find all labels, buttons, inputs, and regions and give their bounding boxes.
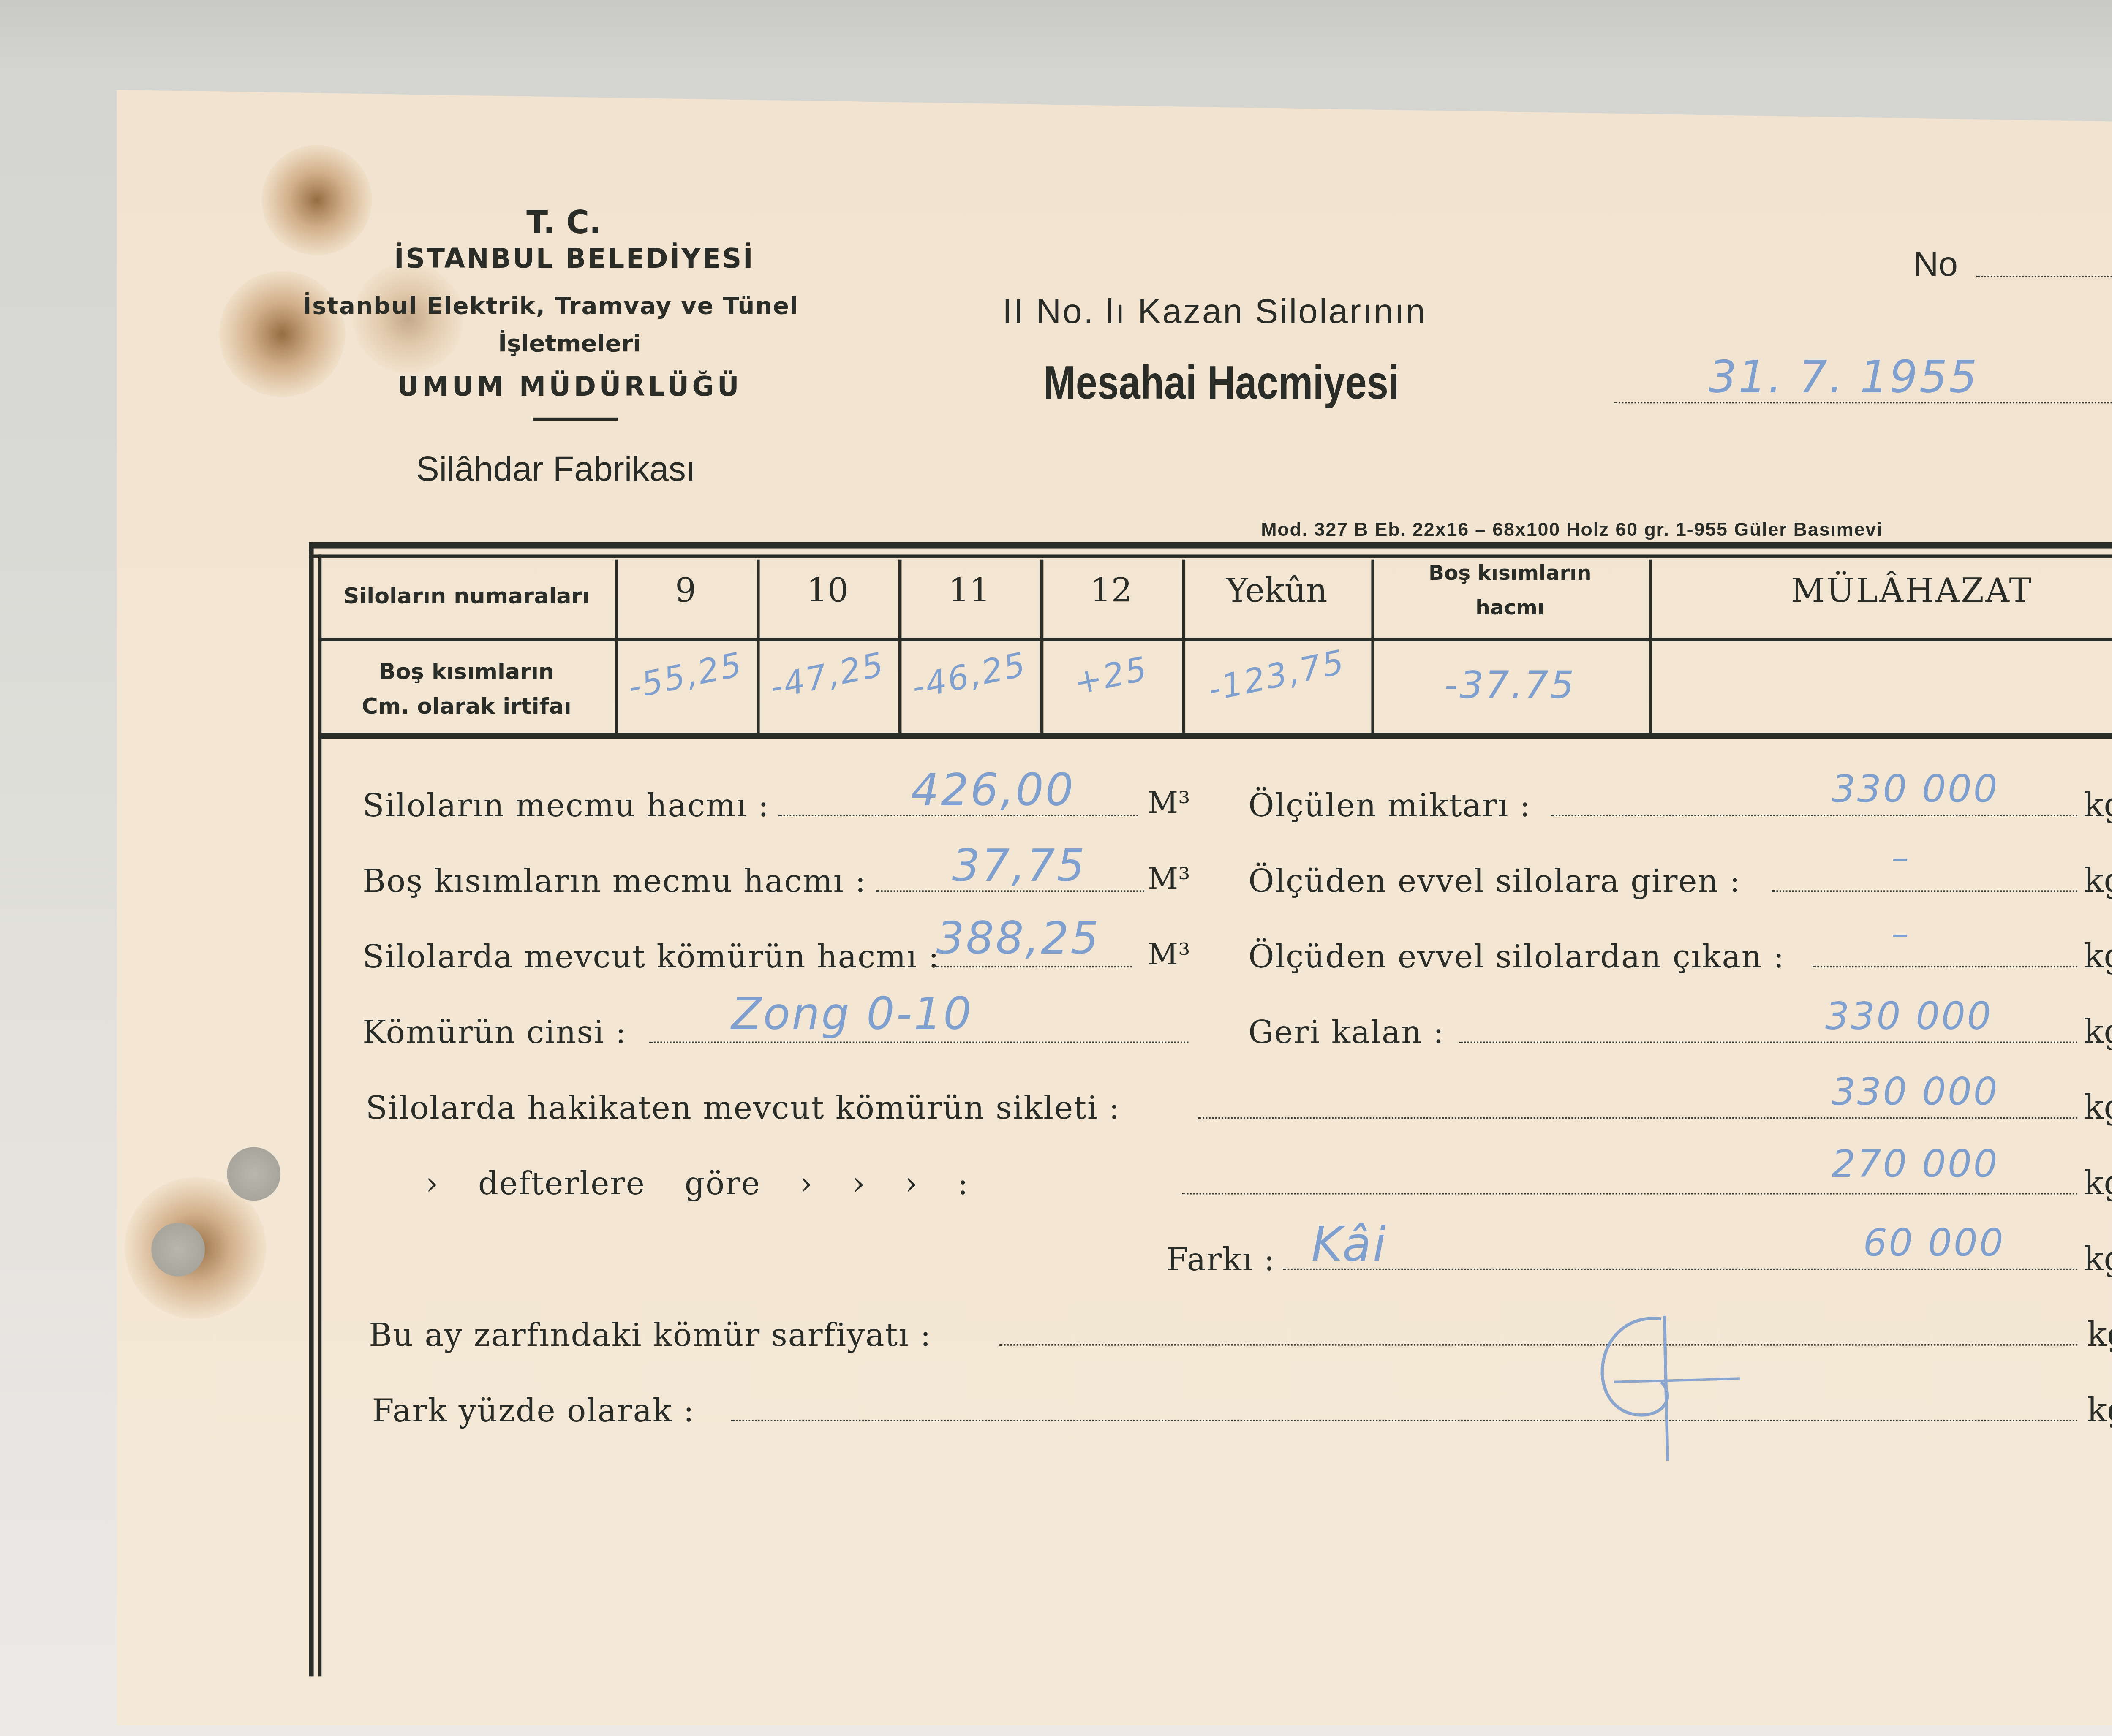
- unit-difference: kg: [2084, 1240, 2112, 1278]
- table-top-rule: [309, 542, 2112, 549]
- punch-hole: [151, 1223, 205, 1277]
- label-actual-weight: Silolarda hakikaten mevcut kömürün sikle…: [366, 1089, 1121, 1127]
- field-difference-percent[interactable]: [731, 1420, 2077, 1421]
- unit-entered-before: kg: [2084, 862, 2112, 900]
- label-monthly-consumption: Bu ay zarfındaki kömür sarfiyatı :: [369, 1316, 931, 1354]
- scan-stage: T. C. İSTANBUL BELEDİYESİ İstanbul Elekt…: [0, 0, 2112, 1736]
- print-info: Mod. 327 B Eb. 22x16 – 68x100 Holz 60 gr…: [1261, 519, 1883, 541]
- field-coal-type[interactable]: [649, 1042, 1188, 1043]
- rust-stain: [261, 145, 372, 255]
- number-label: No: [1913, 244, 1958, 285]
- field-actual-weight[interactable]: [1198, 1117, 2077, 1119]
- col-header-remarks: MÜLÂHAZAT: [1652, 572, 2112, 610]
- height-silo-12[interactable]: +25: [1038, 643, 1184, 709]
- document-page: T. C. İSTANBUL BELEDİYESİ İstanbul Elekt…: [117, 90, 2112, 1725]
- letterhead-municipality: İSTANBUL BELEDİYESİ: [394, 244, 754, 276]
- date-value: 31. 7. 1955: [1709, 351, 1979, 403]
- unit-remaining: kg: [2084, 1013, 2112, 1051]
- col-header-silo-12: 12: [1040, 572, 1182, 610]
- table-left-border: [309, 542, 313, 1677]
- label-remaining: Geri kalan :: [1248, 1013, 1444, 1051]
- value-entered-before: –: [1892, 840, 1911, 879]
- signature-mark: [1567, 1303, 1772, 1476]
- value-remaining: 330 000: [1825, 994, 1992, 1038]
- value-coal-type: Zong 0-10: [731, 988, 973, 1040]
- rust-stain: [219, 271, 346, 397]
- height-silo-9[interactable]: -55,25: [612, 643, 759, 709]
- letterhead-enterprise-line2: İşletmeleri: [498, 329, 641, 358]
- label-coal-type: Kömürün cinsi :: [362, 1013, 627, 1051]
- field-measured-amount[interactable]: [1551, 815, 2077, 816]
- label-empty-volume-total: Boş kısımların mecmu hacmı :: [362, 862, 866, 900]
- value-exited-before: –: [1892, 916, 1911, 955]
- unit-difference-percent: kg: [2087, 1391, 2112, 1429]
- value-difference: 60 000: [1863, 1221, 2005, 1265]
- label-difference: Farkı :: [1166, 1240, 1275, 1278]
- table-bottom-rule: [318, 733, 2112, 739]
- col-header-total: Yekûn: [1182, 572, 1372, 610]
- remarks-value[interactable]: [1652, 644, 2112, 730]
- field-coal-volume[interactable]: [936, 966, 1132, 967]
- value-book-weight: 270 000: [1832, 1142, 1999, 1186]
- unit-book-weight: kg: [2084, 1165, 2112, 1203]
- letterhead-republic: T. C.: [526, 203, 601, 241]
- unit-exited-before: kg: [2084, 937, 2112, 975]
- col-header-empty-volume-2: hacmı: [1371, 597, 1649, 621]
- letterhead-directorate: UMUM MÜDÜRLÜĞÜ: [397, 372, 742, 404]
- unit-empty-volume-total: M³: [1148, 862, 1190, 897]
- label-coal-volume: Silolarda mevcut kömürün hacmı :: [362, 937, 940, 975]
- number-field[interactable]: [1976, 276, 2112, 277]
- row-header-height-1: Boş kısımların: [318, 660, 615, 685]
- height-total[interactable]: -123,75: [1180, 638, 1373, 714]
- table-left-border-inner: [318, 554, 321, 1676]
- letterhead-enterprise-line1: İstanbul Elektrik, Tramvay ve Tünel: [302, 291, 798, 320]
- field-monthly-consumption[interactable]: [999, 1344, 2077, 1346]
- label-entered-before: Ölçüden evvel silolara giren :: [1248, 862, 1741, 900]
- unit-measured-amount: kg: [2084, 786, 2112, 824]
- factory-name: Silâhdar Fabrikası: [416, 449, 696, 490]
- unit-total-silo-volume: M³: [1148, 786, 1190, 821]
- row-header-height-2: Cm. olarak irtifaı: [318, 695, 615, 720]
- form-title: Mesahai Hacmiyesi: [1043, 358, 1399, 411]
- punch-hole: [227, 1147, 280, 1201]
- field-book-weight[interactable]: [1182, 1193, 2077, 1195]
- letterhead-rule: [533, 418, 618, 421]
- col-header-empty-volume-1: Boş kısımların: [1371, 562, 1649, 586]
- field-remaining[interactable]: [1459, 1042, 2077, 1043]
- table-row-rule: [318, 638, 2112, 641]
- form-subtitle: II No. lı Kazan Silolarının: [1002, 291, 1426, 332]
- table-top-rule-thin: [309, 554, 2112, 557]
- label-book-weight: › defterlere göre › › › :: [426, 1165, 969, 1203]
- height-silo-10[interactable]: -47,25: [754, 643, 901, 709]
- value-actual-weight: 330 000: [1832, 1070, 1999, 1114]
- value-difference-note: Kâi: [1312, 1218, 1388, 1273]
- col-header-silo-11: 11: [898, 572, 1040, 610]
- row-header-silo-numbers: Siloların numaraları: [318, 584, 615, 610]
- value-coal-volume: 388,25: [936, 913, 1100, 964]
- unit-monthly-consumption: kg: [2087, 1316, 2112, 1354]
- col-header-silo-9: 9: [615, 572, 757, 610]
- height-silo-11[interactable]: -46,25: [896, 643, 1042, 709]
- unit-coal-volume: M³: [1148, 937, 1190, 972]
- label-difference-percent: Fark yüzde olarak :: [372, 1391, 695, 1429]
- col-sep: [1649, 560, 1652, 736]
- empty-volume-value[interactable]: -37.75: [1371, 663, 1649, 707]
- label-measured-amount: Ölçülen miktarı :: [1248, 786, 1531, 824]
- field-difference[interactable]: [1283, 1269, 2077, 1270]
- field-entered-before[interactable]: [1772, 890, 2077, 892]
- value-empty-volume-total: 37,75: [952, 840, 1086, 892]
- field-exited-before[interactable]: [1813, 966, 2077, 967]
- value-measured-amount: 330 000: [1832, 767, 1999, 811]
- unit-actual-weight: kg: [2084, 1089, 2112, 1127]
- value-total-silo-volume: 426,00: [911, 764, 1075, 816]
- col-header-silo-10: 10: [757, 572, 898, 610]
- label-total-silo-volume: Siloların mecmu hacmı :: [362, 786, 770, 824]
- label-exited-before: Ölçüden evvel silolardan çıkan :: [1248, 937, 1785, 975]
